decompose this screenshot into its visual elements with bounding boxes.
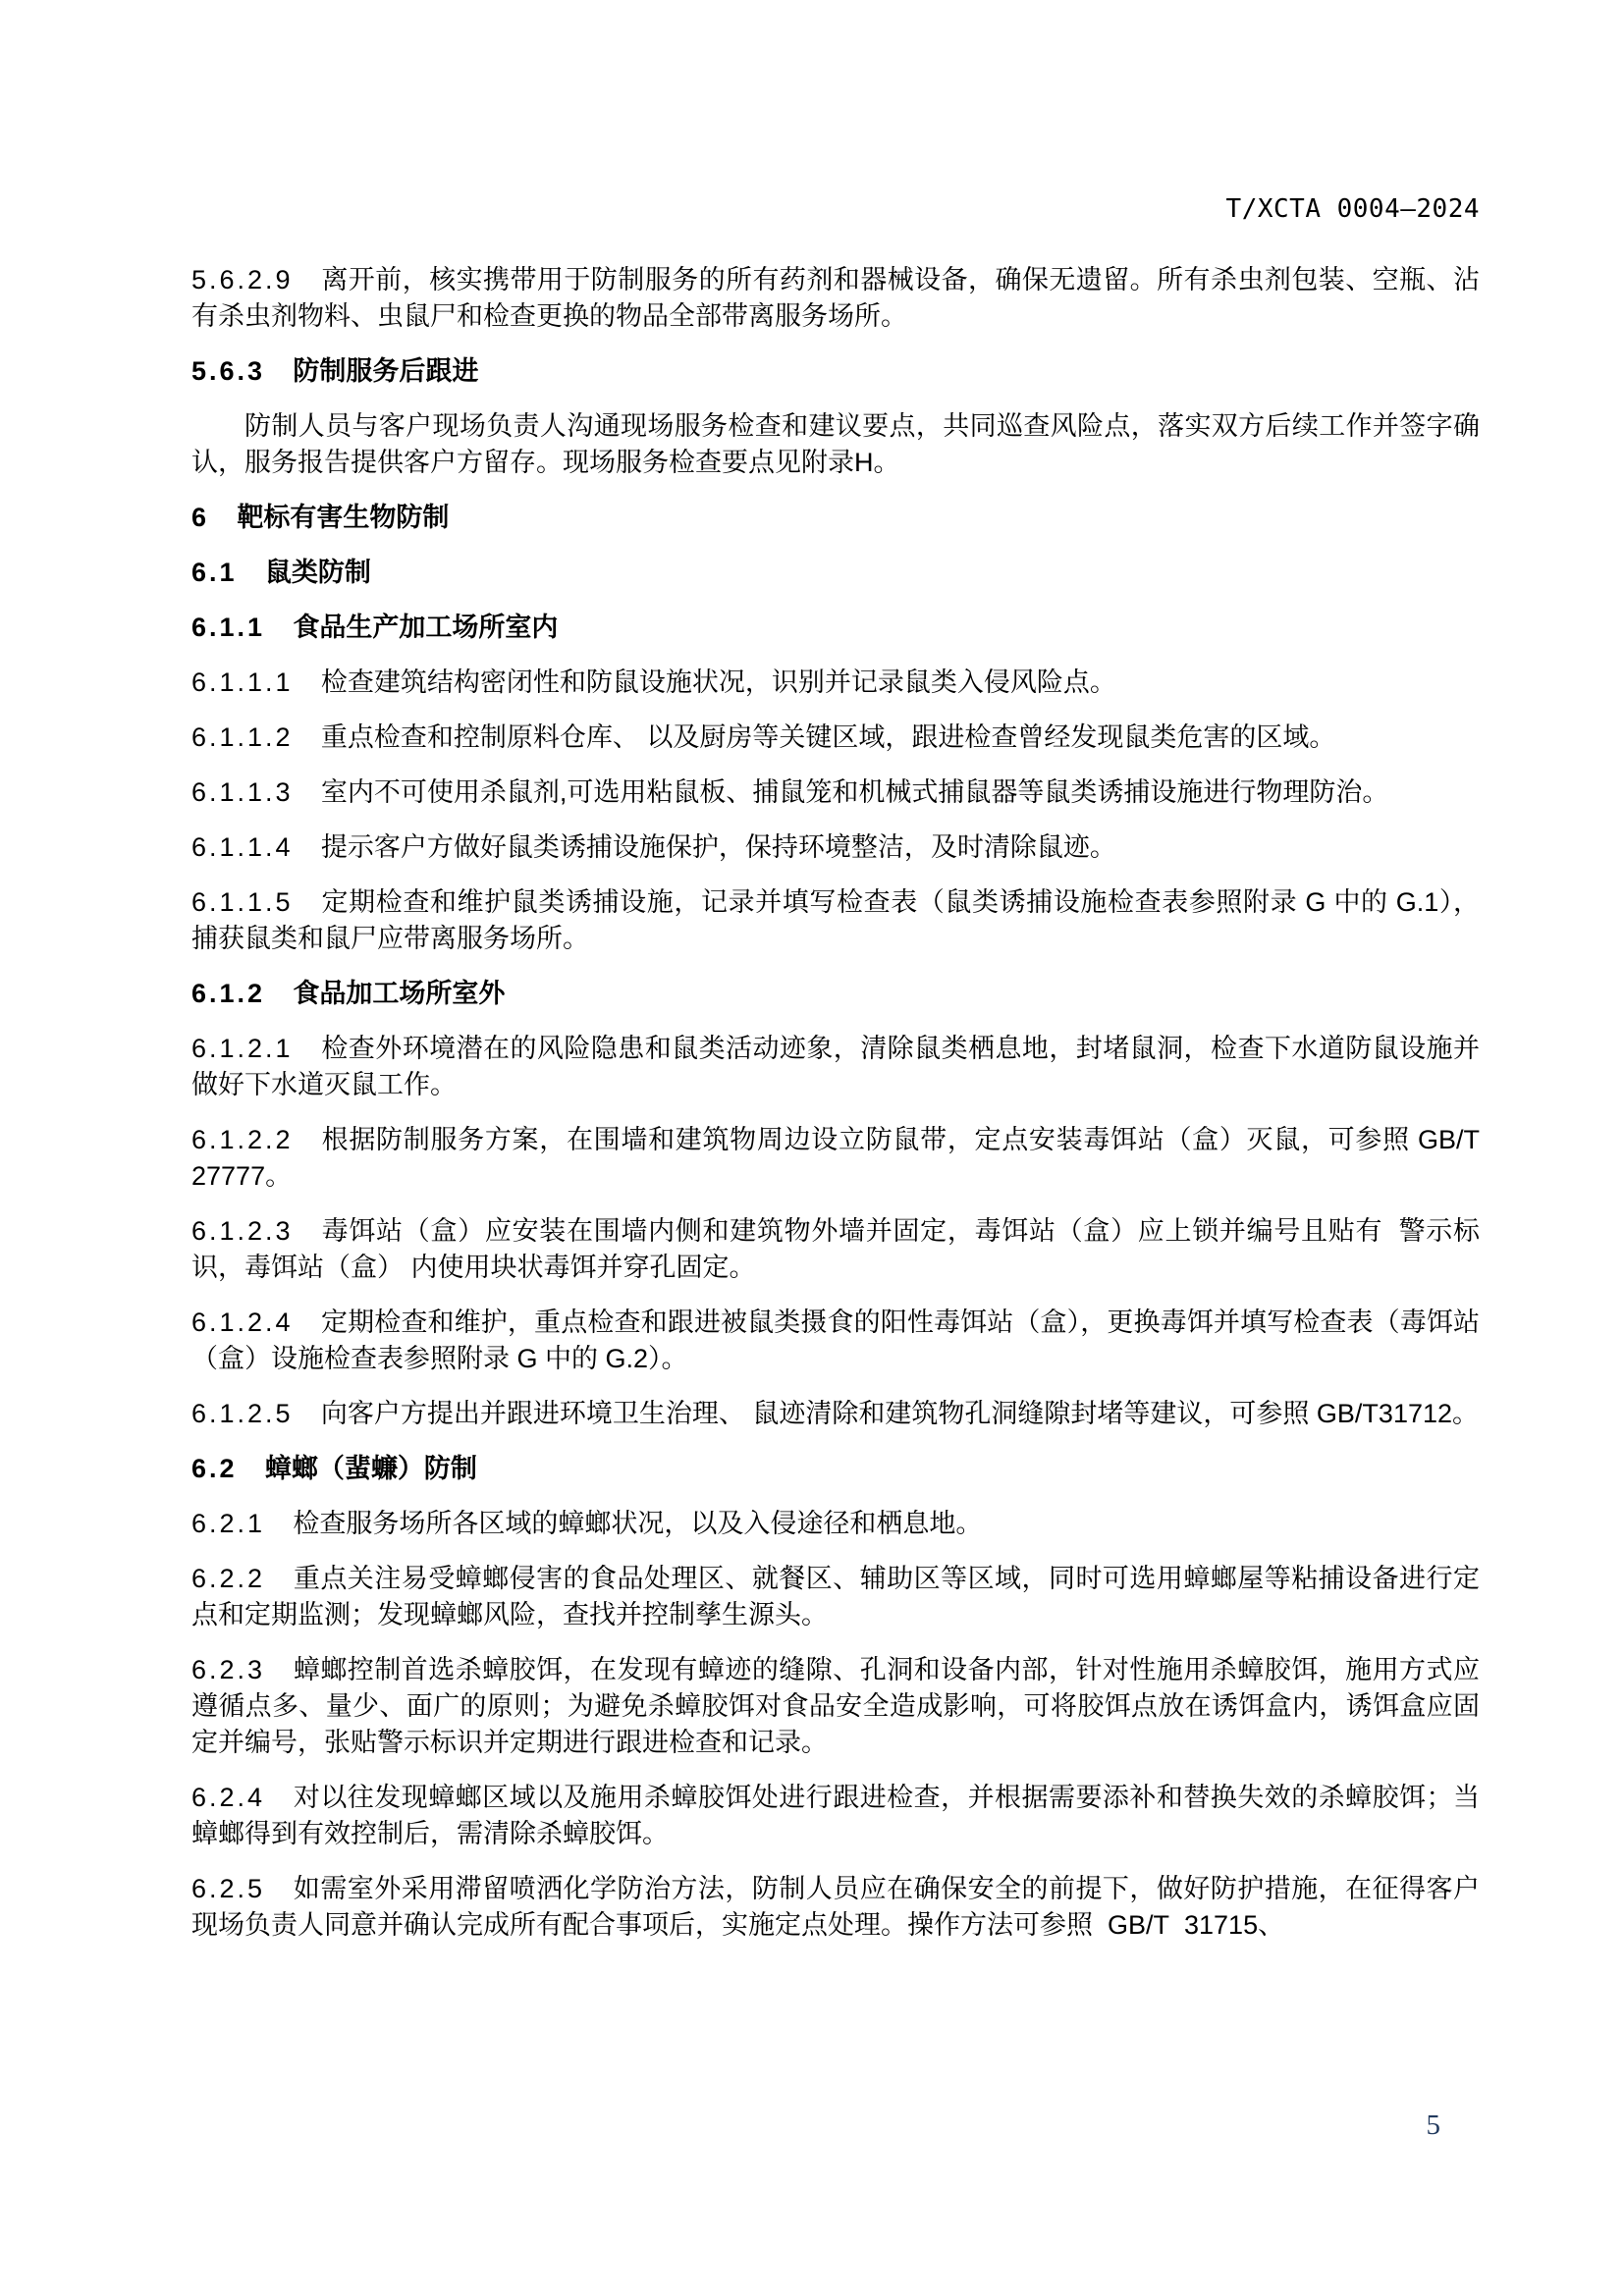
clause-text: 蟑螂控制首选杀蟑胶饵，在发现有蟑迹的缝隙、孔洞和设备内部，针对性施用杀蟑胶饵，施… [191, 1655, 1480, 1757]
heading-number: 6.1.2 [191, 979, 265, 1008]
clause-text: 检查外环境潜在的风险隐患和鼠类活动迹象，清除鼠类栖息地，封堵鼠洞，检查下水道防鼠… [191, 1034, 1480, 1099]
page-number: 5 [191, 2109, 1440, 2142]
document-page: T/XCTA 0004—2024 5.6.2.9离开前，核实携带用于防制服务的所… [0, 0, 1624, 2296]
para-service-followup: 防制人员与客户现场负责人沟通现场服务检查和建议要点，共同巡查风险点，落实双方后续… [191, 408, 1480, 481]
clause-6-2-2: 6.2.2重点关注易受蟑螂侵害的食品处理区、就餐区、辅助区等区域，同时可选用蟑螂… [191, 1561, 1480, 1633]
clause-6-2-3: 6.2.3蟑螂控制首选杀蟑胶饵，在发现有蟑迹的缝隙、孔洞和设备内部，针对性施用杀… [191, 1652, 1480, 1761]
clause-6-1-2-5: 6.1.2.5向客户方提出并跟进环境卫生治理、 鼠迹清除和建筑物孔洞缝隙封堵等建… [191, 1396, 1480, 1432]
clause-6-2-1: 6.2.1检查服务场所各区域的蟑螂状况，以及入侵途径和栖息地。 [191, 1506, 1480, 1542]
clause-text: 离开前，核实携带用于防制服务的所有药剂和器械设备，确保无遗留。所有杀虫剂包装、空… [191, 265, 1480, 331]
heading-6-1: 6.1鼠类防制 [191, 555, 1480, 591]
clause-text: 定期检查和维护鼠类诱捕设施，记录并填写检查表（鼠类诱捕设施检查表参照附录 G 中… [191, 887, 1480, 953]
clause-6-1-1-4: 6.1.1.4提示客户方做好鼠类诱捕设施保护，保持环境整洁，及时清除鼠迹。 [191, 829, 1480, 866]
para-text: 防制人员与客户现场负责人沟通现场服务检查和建议要点，共同巡查风险点，落实双方后续… [191, 411, 1480, 477]
heading-6-1-2: 6.1.2食品加工场所室外 [191, 976, 1480, 1012]
clause-text: 重点检查和控制原料仓库、 以及厨房等关键区域，跟进检查曾经发现鼠类危害的区域。 [321, 722, 1336, 752]
clause-text: 对以往发现蟑螂区域以及施用杀蟑胶饵处进行跟进检查，并根据需要添补和替换失效的杀蟑… [191, 1783, 1480, 1848]
clause-number: 6.1.2.4 [191, 1308, 294, 1337]
doc-code: T/XCTA 0004—2024 [191, 194, 1480, 224]
clause-number: 6.1.1.5 [191, 887, 294, 917]
heading-number: 6.2 [191, 1454, 238, 1483]
clause-text: 提示客户方做好鼠类诱捕设施保护，保持环境整洁，及时清除鼠迹。 [321, 832, 1116, 862]
clause-6-1-1-5: 6.1.1.5定期检查和维护鼠类诱捕设施，记录并填写检查表（鼠类诱捕设施检查表参… [191, 884, 1480, 957]
clause-number: 6.2.1 [191, 1509, 265, 1538]
clause-6-1-2-3: 6.1.2.3毒饵站（盒）应安装在围墙内侧和建筑物外墙并固定，毒饵站（盒）应上锁… [191, 1213, 1480, 1286]
clause-6-2-4: 6.2.4对以往发现蟑螂区域以及施用杀蟑胶饵处进行跟进检查，并根据需要添补和替换… [191, 1780, 1480, 1852]
heading-number: 5.6.3 [191, 356, 265, 386]
heading-number: 6.1 [191, 558, 238, 587]
clause-number: 6.1.2.2 [191, 1125, 294, 1154]
clause-text: 根据防制服务方案，在围墙和建筑物周边设立防鼠带，定点安装毒饵站（盒）灭鼠，可参照… [191, 1125, 1480, 1191]
clause-number: 6.2.2 [191, 1564, 265, 1593]
heading-6-1-1: 6.1.1食品生产加工场所室内 [191, 610, 1480, 646]
clause-6-1-2-2: 6.1.2.2根据防制服务方案，在围墙和建筑物周边设立防鼠带，定点安装毒饵站（盒… [191, 1122, 1480, 1195]
clause-5-6-2-9: 5.6.2.9离开前，核实携带用于防制服务的所有药剂和器械设备，确保无遗留。所有… [191, 262, 1480, 335]
clause-number: 6.1.2.5 [191, 1399, 294, 1428]
clause-6-1-2-1: 6.1.2.1检查外环境潜在的风险隐患和鼠类活动迹象，清除鼠类栖息地，封堵鼠洞，… [191, 1031, 1480, 1103]
clause-number: 6.1.2.3 [191, 1216, 294, 1246]
clause-number: 6.2.3 [191, 1655, 265, 1684]
clause-text: 重点关注易受蟑螂侵害的食品处理区、就餐区、辅助区等区域，同时可选用蟑螂屋等粘捕设… [191, 1564, 1480, 1629]
clause-text: 检查服务场所各区域的蟑螂状况，以及入侵途径和栖息地。 [293, 1509, 982, 1538]
clause-text: 室内不可使用杀鼠剂,可选用粘鼠板、捕鼠笼和机械式捕鼠器等鼠类诱捕设施进行物理防治… [321, 777, 1389, 807]
clause-text: 定期检查和维护，重点检查和跟进被鼠类摄食的阳性毒饵站（盒），更换毒饵并填写检查表… [191, 1308, 1480, 1373]
clause-6-1-2-4: 6.1.2.4定期检查和维护，重点检查和跟进被鼠类摄食的阳性毒饵站（盒），更换毒… [191, 1305, 1480, 1377]
heading-number: 6.1.1 [191, 613, 265, 642]
clause-number: 6.1.1.4 [191, 832, 294, 862]
heading-6-2: 6.2蟑螂（蜚蠊）防制 [191, 1451, 1480, 1487]
heading-number: 6 [191, 503, 209, 532]
clause-number: 6.2.4 [191, 1783, 265, 1812]
content-area: 5.6.2.9离开前，核实携带用于防制服务的所有药剂和器械设备，确保无遗留。所有… [191, 262, 1480, 1962]
clause-text: 检查建筑结构密闭性和防鼠设施状况，识别并记录鼠类入侵风险点。 [321, 667, 1116, 697]
clause-number: 5.6.2.9 [191, 265, 294, 294]
clause-6-1-1-2: 6.1.1.2重点检查和控制原料仓库、 以及厨房等关键区域，跟进检查曾经发现鼠类… [191, 720, 1480, 756]
clause-6-1-1-1: 6.1.1.1检查建筑结构密闭性和防鼠设施状况，识别并记录鼠类入侵风险点。 [191, 665, 1480, 701]
heading-text: 靶标有害生物防制 [237, 503, 449, 532]
clause-number: 6.1.2.1 [191, 1034, 294, 1063]
clause-number: 6.1.1.3 [191, 777, 294, 807]
clause-6-2-5: 6.2.5如需室外采用滞留喷洒化学防治方法，防制人员应在确保安全的前提下，做好防… [191, 1871, 1480, 1944]
heading-text: 蟑螂（蜚蠊）防制 [265, 1454, 477, 1483]
heading-5-6-3: 5.6.3防制服务后跟进 [191, 353, 1480, 390]
clause-number: 6.2.5 [191, 1874, 265, 1903]
heading-text: 食品生产加工场所室内 [293, 613, 558, 642]
clause-number: 6.1.1.1 [191, 667, 294, 697]
clause-6-1-1-3: 6.1.1.3室内不可使用杀鼠剂,可选用粘鼠板、捕鼠笼和机械式捕鼠器等鼠类诱捕设… [191, 774, 1480, 811]
heading-text: 防制服务后跟进 [293, 356, 478, 386]
heading-6: 6靶标有害生物防制 [191, 500, 1480, 536]
heading-text: 食品加工场所室外 [293, 979, 505, 1008]
clause-text: 向客户方提出并跟进环境卫生治理、 鼠迹清除和建筑物孔洞缝隙封堵等建议，可参照 G… [321, 1399, 1479, 1428]
clause-text: 如需室外采用滞留喷洒化学防治方法，防制人员应在确保安全的前提下，做好防护措施，在… [191, 1874, 1480, 1940]
clause-text: 毒饵站（盒）应安装在围墙内侧和建筑物外墙并固定，毒饵站（盒）应上锁并编号且贴有 … [191, 1216, 1480, 1282]
clause-number: 6.1.1.2 [191, 722, 294, 752]
heading-text: 鼠类防制 [265, 558, 371, 587]
